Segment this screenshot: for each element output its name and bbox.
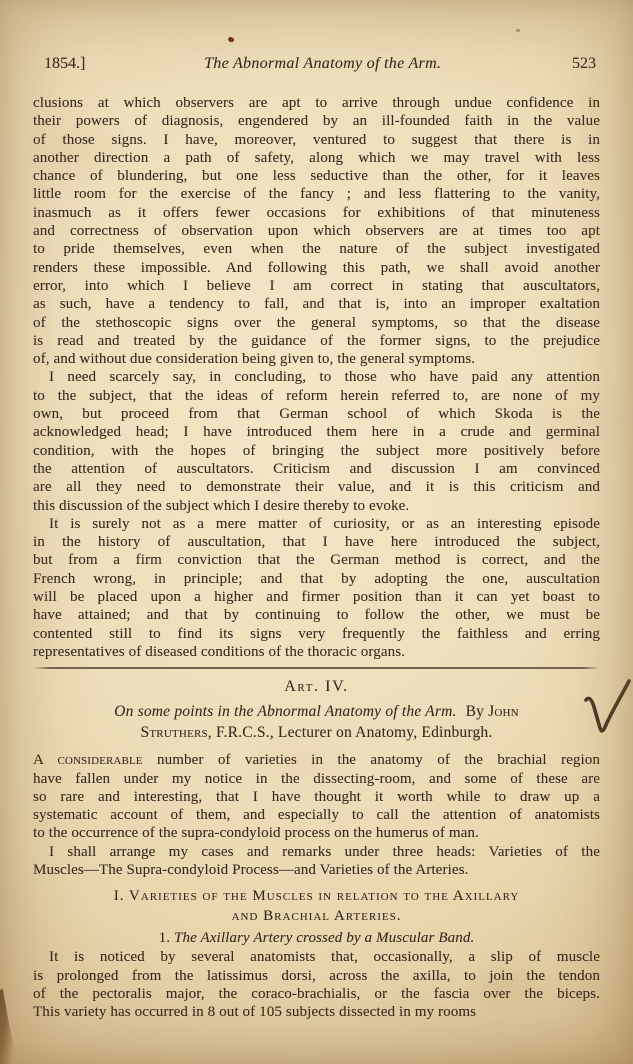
text-line: representatives of diseased conditions o… <box>33 643 600 661</box>
intro-remaining-lines: have fallen under my notice in the disse… <box>33 770 600 843</box>
paragraph-conclusion-continued: clusions at which observers are apt to a… <box>33 94 600 368</box>
text-line: own, but proceed from that German school… <box>33 405 600 423</box>
section-heading-line2: and Brachial Arteries. <box>33 906 600 926</box>
text-line: and correctness of observation upon whic… <box>33 222 600 240</box>
text-line: to the occurrence of the supra-condyloid… <box>33 824 600 842</box>
text-line: will be placed upon a higher and firmer … <box>33 588 600 606</box>
text-line: clusions at which observers are apt to a… <box>33 94 600 112</box>
text-line: of those signs. I have, moreover, ventur… <box>33 131 600 149</box>
subsection-number: 1. <box>159 930 171 946</box>
text-line: error, into which I believe I am correct… <box>33 277 600 295</box>
text-line: contented still to find its signs very f… <box>33 625 600 643</box>
intro-lead-initial: A <box>33 752 43 768</box>
article-title-italic: On some points in the Abnormal Anatomy o… <box>114 703 456 720</box>
text-line: It is surely not as a mere matter of cur… <box>33 515 600 533</box>
text-line: inasmuch as it offers fewer occasions fo… <box>33 204 600 222</box>
section-heading-line1: I. Varieties of the Muscles in relation … <box>33 886 600 906</box>
text-line: to pride themselves, even when the natur… <box>33 240 600 258</box>
ink-speck-faint <box>516 29 520 32</box>
article-title-line2: Struthers, F.R.C.S., Lecturer on Anatomy… <box>33 722 600 743</box>
section-heading: I. Varieties of the Muscles in relation … <box>33 886 600 926</box>
text-line: I shall arrange my cases and remarks und… <box>33 843 600 861</box>
header-running-title: The Abnormal Anatomy of the Arm. <box>204 54 441 74</box>
paragraph-it-is-surely: It is surely not as a mere matter of cur… <box>33 515 600 661</box>
subsection-title-italic: The Axillary Artery crossed by a Muscula… <box>174 930 474 946</box>
intro-first-line-rest: number of varieties in the anatomy of th… <box>157 752 600 768</box>
text-line: condition, with the hopes of bringing th… <box>33 442 600 460</box>
text-line: have fallen under my notice in the disse… <box>33 770 600 788</box>
text-line: have attained; and that by continuing to… <box>33 606 600 624</box>
text-line: of the stethoscopic signs over the gener… <box>33 314 600 332</box>
text-line: is prolonged from the latissimus dorsi, … <box>33 967 600 985</box>
text-line: French wrong, in principle; and that by … <box>33 570 600 588</box>
ink-speck <box>227 36 235 44</box>
article-author-credentials: F.R.C.S., Lecturer on Anatomy, Edinburgh… <box>216 724 492 741</box>
header-year: 1854.] <box>44 54 85 74</box>
text-line: is read and treated by the guidance of t… <box>33 332 600 350</box>
text-line: of, and without due consideration being … <box>33 350 600 368</box>
text-line: to the subject, that the ideas of reform… <box>33 387 600 405</box>
text-line: but from a firm conviction that the Germ… <box>33 551 600 569</box>
text-line: of the pectoralis major, the coraco-brac… <box>33 985 600 1003</box>
text-line: acknowledged head; I have introduced the… <box>33 423 600 441</box>
text-column: clusions at which observers are apt to a… <box>33 94 600 1021</box>
text-line: It is noticed by several anatomists that… <box>33 948 600 966</box>
text-line: A considerable number of varieties in th… <box>33 751 600 769</box>
text-line: Muscles—The Supra-condyloid Process—and … <box>33 861 600 879</box>
text-line: in the history of auscultation, that I h… <box>33 533 600 551</box>
text-line: as such, have a tendency to fall, and th… <box>33 295 600 313</box>
text-line: another direction a path of safety, alon… <box>33 149 600 167</box>
scanned-journal-page: 1854.] The Abnormal Anatomy of the Arm. … <box>0 0 633 1064</box>
article-author-surname: Struthers, <box>141 724 212 741</box>
article-title-line1: On some points in the Abnormal Anatomy o… <box>33 701 600 722</box>
paragraph-axillary-band: It is noticed by several anatomists that… <box>33 948 600 1021</box>
paragraph-need-scarcely: I need scarcely say, in concluding, to t… <box>33 368 600 514</box>
text-line: renders these impossible. And following … <box>33 259 600 277</box>
article-divider-rule <box>33 667 600 669</box>
text-line: are all they need to demonstrate their v… <box>33 478 600 496</box>
text-line: this discussion of the subject which I d… <box>33 497 600 515</box>
article-number-heading: Art. IV. <box>33 677 600 696</box>
text-line: their powers of diagnosis, engendered by… <box>33 112 600 130</box>
text-line: the attention of auscultators. Criticism… <box>33 460 600 478</box>
page-corner-stain <box>0 988 19 1064</box>
text-line: This variety has occurred in 8 out of 10… <box>33 1003 600 1021</box>
text-line: chance of blundering, but one less seduc… <box>33 167 600 185</box>
subsection-heading: 1. The Axillary Artery crossed by a Musc… <box>33 929 600 947</box>
paragraph-three-heads: I shall arrange my cases and remarks und… <box>33 843 600 880</box>
article-author-given: John <box>488 703 519 720</box>
intro-lead-smallcaps: considerable <box>57 752 142 768</box>
text-line: systematic account of them, and especial… <box>33 806 600 824</box>
paragraph-article-intro: A considerable number of varieties in th… <box>33 751 600 842</box>
article-by-label: By <box>466 703 485 720</box>
text-line: so rare and interesting, that I have tho… <box>33 788 600 806</box>
text-line: I need scarcely say, in concluding, to t… <box>33 368 600 386</box>
page-header: 1854.] The Abnormal Anatomy of the Arm. … <box>33 54 600 74</box>
header-page-number: 523 <box>572 54 596 74</box>
text-line: little room for the exercise of the fanc… <box>33 185 600 203</box>
